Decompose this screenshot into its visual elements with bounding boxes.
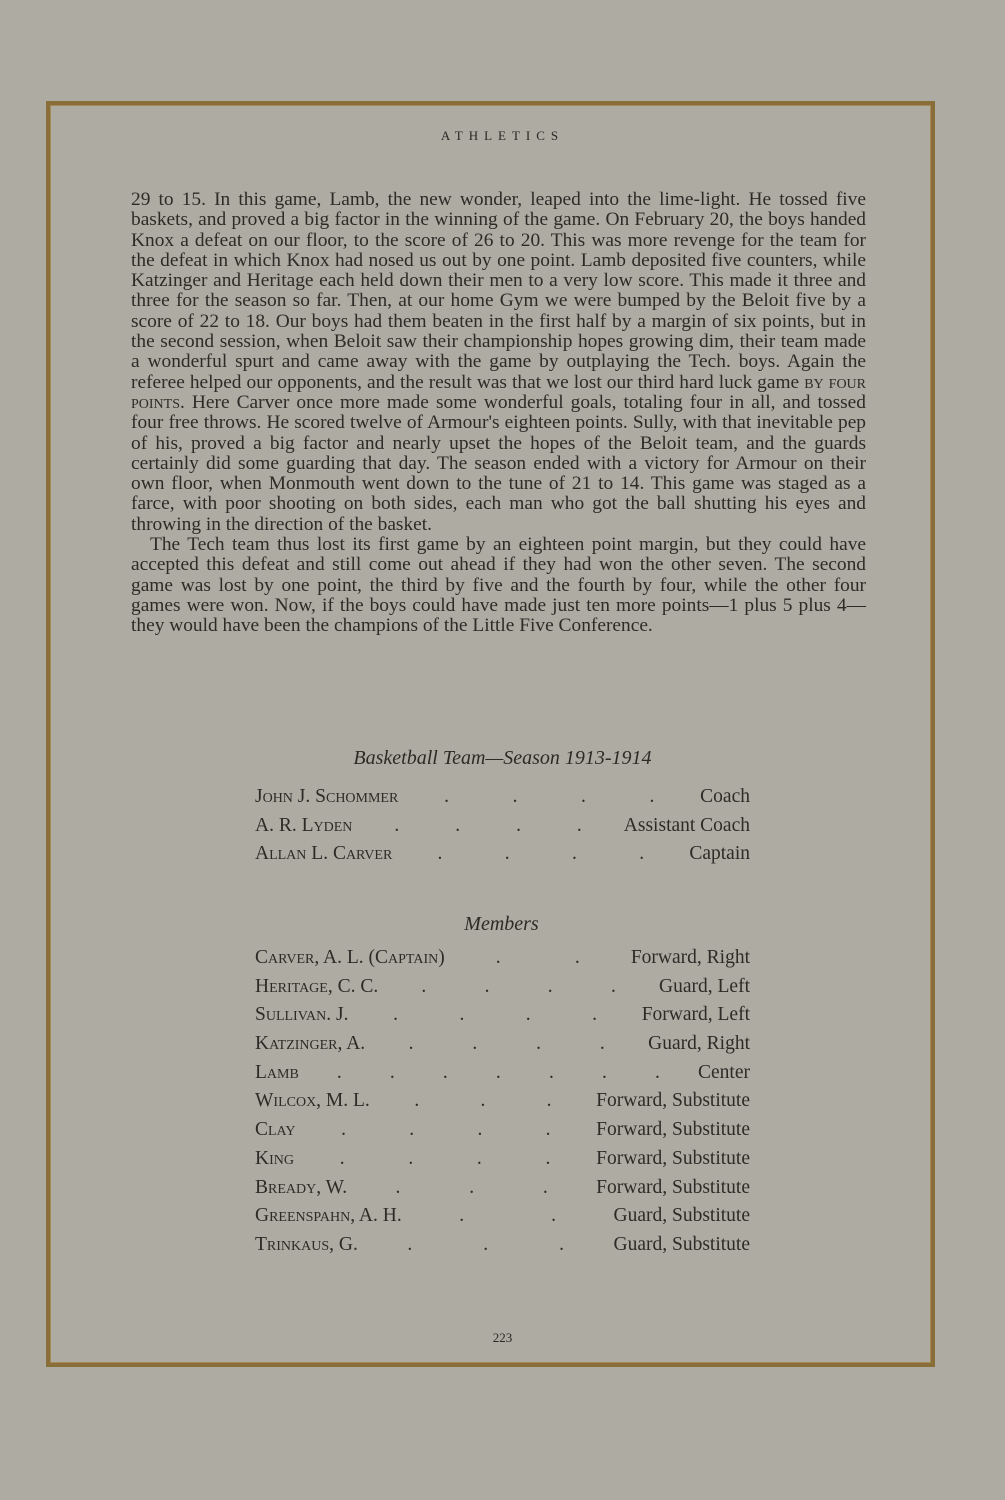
- staff-role: Coach: [700, 786, 750, 808]
- member-row: Bready, W....Forward, Substitute: [255, 1177, 750, 1206]
- leader-dots: ....: [378, 976, 659, 998]
- leader-dots: ....: [294, 1148, 596, 1170]
- leader-dots: ..: [445, 947, 631, 969]
- running-head: ATHLETICS: [0, 128, 1005, 144]
- leader-dot: .: [543, 1177, 548, 1199]
- leader-dot: .: [526, 1004, 531, 1026]
- leader-dot: .: [337, 1062, 342, 1084]
- member-name: Greenspahn, A. H.: [255, 1205, 402, 1227]
- leader-dot: .: [485, 976, 490, 998]
- member-position: Forward, Substitute: [596, 1119, 750, 1141]
- leader-dot: .: [437, 843, 442, 865]
- member-row: Trinkaus, G....Guard, Substitute: [255, 1234, 750, 1263]
- leader-dot: .: [443, 1062, 448, 1084]
- leader-dot: .: [600, 1033, 605, 1055]
- paragraph-1-part-b: . Here Carver once more made some wonder…: [131, 392, 866, 535]
- leader-dot: .: [396, 1177, 401, 1199]
- leader-dot: .: [477, 1119, 482, 1141]
- member-row: Greenspahn, A. H...Guard, Substitute: [255, 1205, 750, 1234]
- leader-dot: .: [592, 1004, 597, 1026]
- leader-dot: .: [393, 1004, 398, 1026]
- member-name: Lamb: [255, 1062, 299, 1084]
- member-row: Sullivan. J.....Forward, Left: [255, 1004, 750, 1033]
- member-name: Clay: [255, 1119, 296, 1141]
- leader-dots: ....: [365, 1033, 648, 1055]
- team-title: Basketball Team—Season 1913-1914: [0, 747, 1005, 770]
- leader-dot: .: [545, 1148, 550, 1170]
- leader-dot: .: [455, 815, 460, 837]
- leader-dot: .: [551, 1205, 556, 1227]
- leader-dot: .: [444, 786, 449, 808]
- paragraph-1-part-a: 29 to 15. In this game, Lamb, the new wo…: [131, 189, 866, 393]
- member-position: Guard, Substitute: [614, 1234, 751, 1256]
- member-name: King: [255, 1148, 294, 1170]
- leader-dot: .: [577, 815, 582, 837]
- leader-dots: ..: [402, 1205, 614, 1227]
- leader-dots: ...: [370, 1090, 596, 1112]
- member-position: Guard, Substitute: [614, 1205, 751, 1227]
- leader-dot: .: [639, 843, 644, 865]
- member-position: Guard, Left: [659, 976, 750, 998]
- leader-dot: .: [477, 1148, 482, 1170]
- staff-row: A. R. Lyden .... Assistant Coach: [255, 815, 750, 844]
- member-row: Lamb.......Center: [255, 1062, 750, 1091]
- leader-dot: .: [655, 1062, 660, 1084]
- leader-dot: .: [459, 1205, 464, 1227]
- leader-dots: .......: [299, 1062, 698, 1084]
- leader-dot: .: [548, 976, 553, 998]
- leader-dot: .: [559, 1234, 564, 1256]
- leader-dots: ...: [347, 1177, 596, 1199]
- leader-dot: .: [549, 1062, 554, 1084]
- members-list: Carver, A. L. (Captain)..Forward, Right …: [255, 947, 750, 1263]
- member-position: Center: [698, 1062, 750, 1084]
- paragraph-1: 29 to 15. In this game, Lamb, the new wo…: [131, 190, 866, 535]
- body-text: 29 to 15. In this game, Lamb, the new wo…: [131, 190, 866, 637]
- leader-dot: .: [407, 1234, 412, 1256]
- member-row: Clay....Forward, Substitute: [255, 1119, 750, 1148]
- leader-dots: ....: [348, 1004, 641, 1026]
- member-name: Katzinger, A.: [255, 1033, 365, 1055]
- member-position: Guard, Right: [648, 1033, 750, 1055]
- leader-dot: .: [472, 1033, 477, 1055]
- member-name: Wilcox, M. L.: [255, 1090, 370, 1112]
- leader-dot: .: [602, 1062, 607, 1084]
- leader-dot: .: [581, 786, 586, 808]
- leader-dot: .: [496, 947, 501, 969]
- leader-dot: .: [513, 786, 518, 808]
- leader-dot: .: [409, 1033, 414, 1055]
- staff-list: John J. Schommer .... Coach A. R. Lyden …: [255, 786, 750, 872]
- leader-dot: .: [536, 1033, 541, 1055]
- member-name: Heritage, C. C.: [255, 976, 378, 998]
- staff-role: Captain: [689, 843, 750, 865]
- leader-dot: .: [546, 1119, 551, 1141]
- leader-dot: .: [505, 843, 510, 865]
- staff-name: Allan L. Carver: [255, 843, 392, 865]
- leader-dot: .: [469, 1177, 474, 1199]
- member-name: Trinkaus, G.: [255, 1234, 358, 1256]
- member-position: Forward, Left: [642, 1004, 750, 1026]
- leader-dots: ....: [296, 1119, 597, 1141]
- member-row: King....Forward, Substitute: [255, 1148, 750, 1177]
- leader-dot: .: [341, 1119, 346, 1141]
- leader-dot: .: [547, 1090, 552, 1112]
- leader-dot: .: [496, 1062, 501, 1084]
- member-name: Sullivan. J.: [255, 1004, 348, 1026]
- member-row: Heritage, C. C.....Guard, Left: [255, 976, 750, 1005]
- member-row: Wilcox, M. L....Forward, Substitute: [255, 1090, 750, 1119]
- page-number: 223: [0, 1330, 1005, 1346]
- leader-dot: .: [483, 1234, 488, 1256]
- leader-dots: ....: [392, 843, 689, 865]
- member-position: Forward, Right: [631, 947, 750, 969]
- leader-dots: ....: [398, 786, 700, 808]
- member-name: Bready, W.: [255, 1177, 347, 1199]
- leader-dots: ....: [352, 815, 623, 837]
- member-row: Katzinger, A.....Guard, Right: [255, 1033, 750, 1062]
- leader-dot: .: [394, 815, 399, 837]
- leader-dot: .: [390, 1062, 395, 1084]
- leader-dots: ...: [358, 1234, 614, 1256]
- leader-dot: .: [611, 976, 616, 998]
- leader-dot: .: [575, 947, 580, 969]
- leader-dot: .: [340, 1148, 345, 1170]
- leader-dot: .: [414, 1090, 419, 1112]
- leader-dot: .: [481, 1090, 486, 1112]
- staff-name: A. R. Lyden: [255, 815, 352, 837]
- paragraph-2: The Tech team thus lost its first game b…: [131, 535, 866, 636]
- leader-dot: .: [649, 786, 654, 808]
- staff-row: John J. Schommer .... Coach: [255, 786, 750, 815]
- leader-dot: .: [421, 976, 426, 998]
- staff-name: John J. Schommer: [255, 786, 398, 808]
- leader-dot: .: [408, 1148, 413, 1170]
- staff-role: Assistant Coach: [624, 815, 750, 837]
- member-position: Forward, Substitute: [596, 1177, 750, 1199]
- staff-row: Allan L. Carver .... Captain: [255, 843, 750, 872]
- members-title: Members: [0, 913, 1003, 936]
- member-row: Carver, A. L. (Captain)..Forward, Right: [255, 947, 750, 976]
- leader-dot: .: [409, 1119, 414, 1141]
- member-name: Carver, A. L. (Captain): [255, 947, 445, 969]
- member-position: Forward, Substitute: [596, 1148, 750, 1170]
- leader-dot: .: [459, 1004, 464, 1026]
- leader-dot: .: [572, 843, 577, 865]
- leader-dot: .: [516, 815, 521, 837]
- member-position: Forward, Substitute: [596, 1090, 750, 1112]
